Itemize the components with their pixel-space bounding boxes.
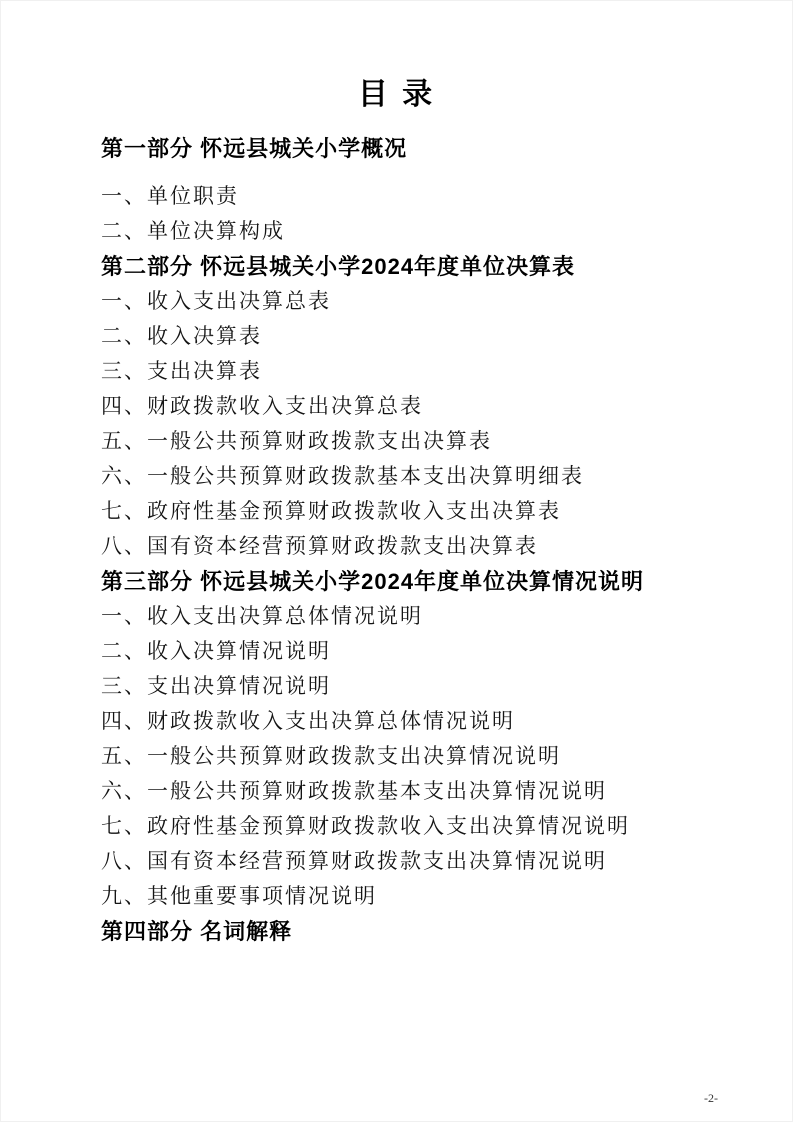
toc-item: 三、支出决算表 [101,354,722,389]
page-number: -2- [704,1091,718,1106]
toc-item: 七、政府性基金预算财政拨款收入支出决算情况说明 [101,809,722,844]
toc-item: 八、国有资本经营预算财政拨款支出决算表 [101,529,722,564]
toc-item: 一、单位职责 [101,179,722,214]
toc-item: 五、一般公共预算财政拨款支出决算情况说明 [101,739,722,774]
toc-section-heading-part2: 第二部分 怀远县城关小学2024年度单位决算表 [101,249,722,284]
toc-section-heading-part3: 第三部分 怀远县城关小学2024年度单位决算情况说明 [101,564,722,599]
toc-item: 九、其他重要事项情况说明 [101,879,722,914]
toc-item: 二、单位决算构成 [101,214,722,249]
toc-section-heading-part1: 第一部分 怀远县城关小学概况 [101,131,722,166]
toc-item: 六、一般公共预算财政拨款基本支出决算情况说明 [101,774,722,809]
toc-item: 四、财政拨款收入支出决算总体情况说明 [101,704,722,739]
toc-item: 二、收入决算表 [101,319,722,354]
toc-item: 七、政府性基金预算财政拨款收入支出决算表 [101,494,722,529]
toc-item: 二、收入决算情况说明 [101,634,722,669]
toc-section-heading-part4: 第四部分 名词解释 [101,914,722,949]
toc-item: 一、收入支出决算总体情况说明 [101,599,722,634]
table-of-contents: 第一部分 怀远县城关小学概况 一、单位职责 二、单位决算构成 第二部分 怀远县城… [1,115,792,949]
toc-item: 一、收入支出决算总表 [101,284,722,319]
toc-item: 四、财政拨款收入支出决算总表 [101,389,722,424]
page-title: 目 录 [1,1,792,115]
document-page: 目 录 第一部分 怀远县城关小学概况 一、单位职责 二、单位决算构成 第二部分 … [0,0,793,1122]
toc-item: 六、一般公共预算财政拨款基本支出决算明细表 [101,459,722,494]
toc-item: 五、一般公共预算财政拨款支出决算表 [101,424,722,459]
toc-item: 三、支出决算情况说明 [101,669,722,704]
toc-item: 八、国有资本经营预算财政拨款支出决算情况说明 [101,844,722,879]
